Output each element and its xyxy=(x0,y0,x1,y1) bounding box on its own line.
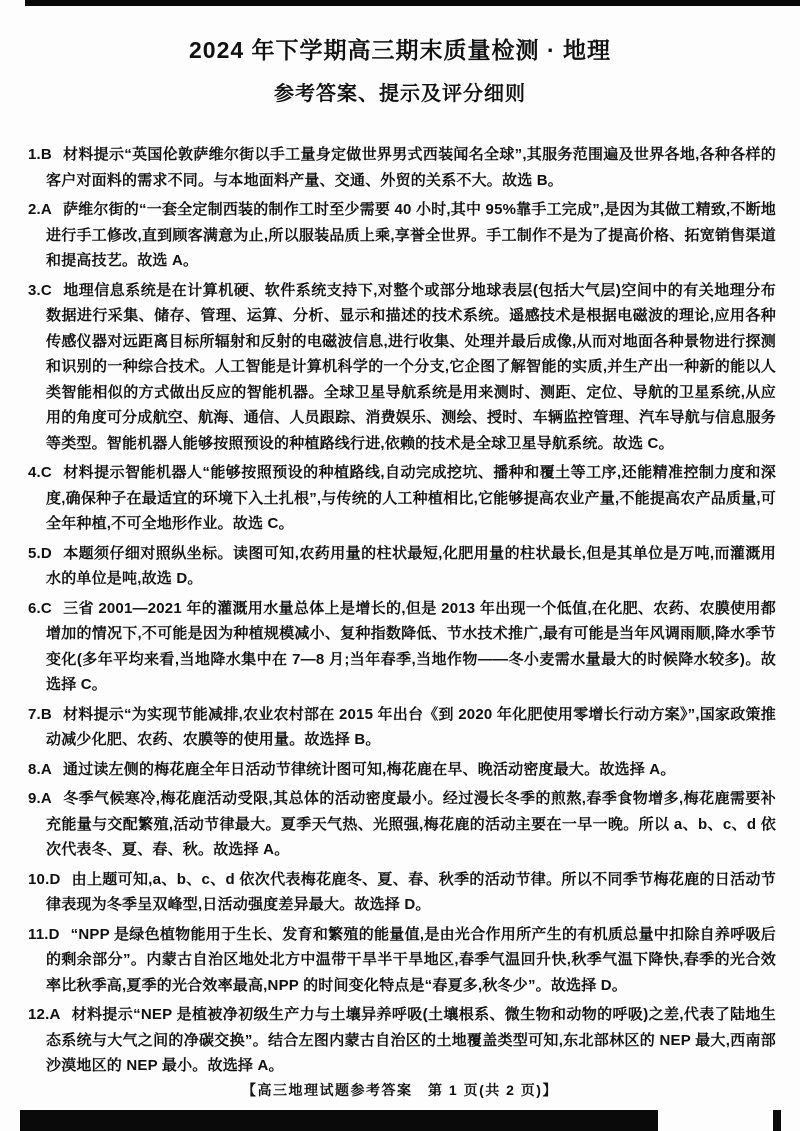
answer-item-12: 12.A材料提示“NEP 是植被净初级生产力与土壤异养呼吸(土壤根系、微生物和动… xyxy=(28,1002,776,1079)
answer-item-2: 2.A萨维尔街的“一套全定制西装的制作工时至少需要 40 小时,其中 95%靠手… xyxy=(28,197,776,274)
answer-item-9: 9.A冬季气候寒冷,梅花鹿活动受限,其总体的活动密度最小。经过漫长冬季的煎熬,春… xyxy=(28,786,776,863)
scan-artifact-top-bar xyxy=(25,0,800,6)
answer-item-8: 8.A通过读左侧的梅花鹿全年日活动节律统计图可知,梅花鹿在早、晚活动密度最大。故… xyxy=(28,757,776,783)
answer-item-10-label: 10.D xyxy=(28,871,61,888)
answer-item-7: 7.B材料提示“为实现节能减排,农业农村部在 2015 年出台《到 2020 年… xyxy=(28,702,776,753)
answer-item-8-text: 通过读左侧的梅花鹿全年日活动节律统计图可知,梅花鹿在早、晚活动密度最大。故选择 … xyxy=(63,761,676,778)
answer-item-4-label: 4.C xyxy=(28,464,52,481)
scan-artifact-bottom-bar xyxy=(20,1110,658,1131)
answer-item-11: 11.D“NPP 是绿色植物能用于生长、发育和繁殖的能量值,是由光合作用所产生的… xyxy=(28,922,776,999)
page-title: 2024 年下学期高三期末质量检测 · 地理 xyxy=(0,32,800,65)
answer-item-11-label: 11.D xyxy=(28,926,60,943)
answer-item-8-label: 8.A xyxy=(28,761,52,778)
document-page: 2024 年下学期高三期末质量检测 · 地理 参考答案、提示及评分细则 1.B材… xyxy=(0,0,800,1131)
answer-item-1-label: 1.B xyxy=(28,146,52,163)
page-footer: 【高三地理试题参考答案 第 1 页(共 2 页)】 xyxy=(0,1080,800,1100)
answer-item-10: 10.D由上题可知,a、b、c、d 依次代表梅花鹿冬、夏、春、秋季的活动节律。所… xyxy=(28,867,776,918)
answer-item-6-label: 6.C xyxy=(28,600,52,617)
answer-item-12-label: 12.A xyxy=(28,1006,61,1023)
answer-item-9-text: 冬季气候寒冷,梅花鹿活动受限,其总体的活动密度最小。经过漫长冬季的煎熬,春季食物… xyxy=(46,790,776,858)
answer-item-5-label: 5.D xyxy=(28,545,52,562)
answer-item-10-text: 由上题可知,a、b、c、d 依次代表梅花鹿冬、夏、春、秋季的活动节律。所以不同季… xyxy=(46,871,776,914)
answer-item-9-label: 9.A xyxy=(28,790,52,807)
page-subtitle: 参考答案、提示及评分细则 xyxy=(0,77,800,106)
answer-item-1: 1.B材料提示“英国伦敦萨维尔街以手工量身定做世界男式西装闻名全球”,其服务范围… xyxy=(28,142,776,193)
answer-item-6: 6.C三省 2001—2021 年的灌溉用水量总体上是增长的,但是 2013 年… xyxy=(28,596,776,698)
answer-item-5: 5.D本题须仔细对照纵坐标。读图可知,农药用量的柱状最短,化肥用量的柱状最长,但… xyxy=(28,541,776,592)
answer-item-2-label: 2.A xyxy=(28,201,52,218)
answer-item-6-text: 三省 2001—2021 年的灌溉用水量总体上是增长的,但是 2013 年出现一… xyxy=(46,600,776,694)
answer-item-11-text: “NPP 是绿色植物能用于生长、发育和繁殖的能量值,是由光合作用所产生的有机质总… xyxy=(46,926,776,994)
answer-item-3: 3.C地理信息系统是在计算机硬、软件系统支持下,对整个或部分地球表层(包括大气层… xyxy=(28,278,776,457)
answer-item-7-label: 7.B xyxy=(28,706,52,723)
answer-list: 1.B材料提示“英国伦敦萨维尔街以手工量身定做世界男式西装闻名全球”,其服务范围… xyxy=(28,142,776,1079)
answer-item-4-text: 材料提示智能机器人“能够按照预设的种植路线,自动完成挖坑、播种和覆土等工序,还能… xyxy=(46,464,776,532)
answer-item-3-label: 3.C xyxy=(28,282,52,299)
answer-item-1-text: 材料提示“英国伦敦萨维尔街以手工量身定做世界男式西装闻名全球”,其服务范围遍及世… xyxy=(46,146,776,189)
answer-item-5-text: 本题须仔细对照纵坐标。读图可知,农药用量的柱状最短,化肥用量的柱状最长,但是其单… xyxy=(46,545,776,588)
answer-item-7-text: 材料提示“为实现节能减排,农业农村部在 2015 年出台《到 2020 年化肥使… xyxy=(46,706,776,749)
answer-item-4: 4.C材料提示智能机器人“能够按照预设的种植路线,自动完成挖坑、播种和覆土等工序… xyxy=(28,460,776,537)
answer-item-12-text: 材料提示“NEP 是植被净初级生产力与土壤异养呼吸(土壤根系、微生物和动物的呼吸… xyxy=(46,1006,776,1074)
answer-item-3-text: 地理信息系统是在计算机硬、软件系统支持下,对整个或部分地球表层(包括大气层)空间… xyxy=(46,282,776,452)
answer-item-2-text: 萨维尔街的“一套全定制西装的制作工时至少需要 40 小时,其中 95%靠手工完成… xyxy=(46,201,776,269)
scan-artifact-bottom-right-mark xyxy=(773,1110,781,1131)
